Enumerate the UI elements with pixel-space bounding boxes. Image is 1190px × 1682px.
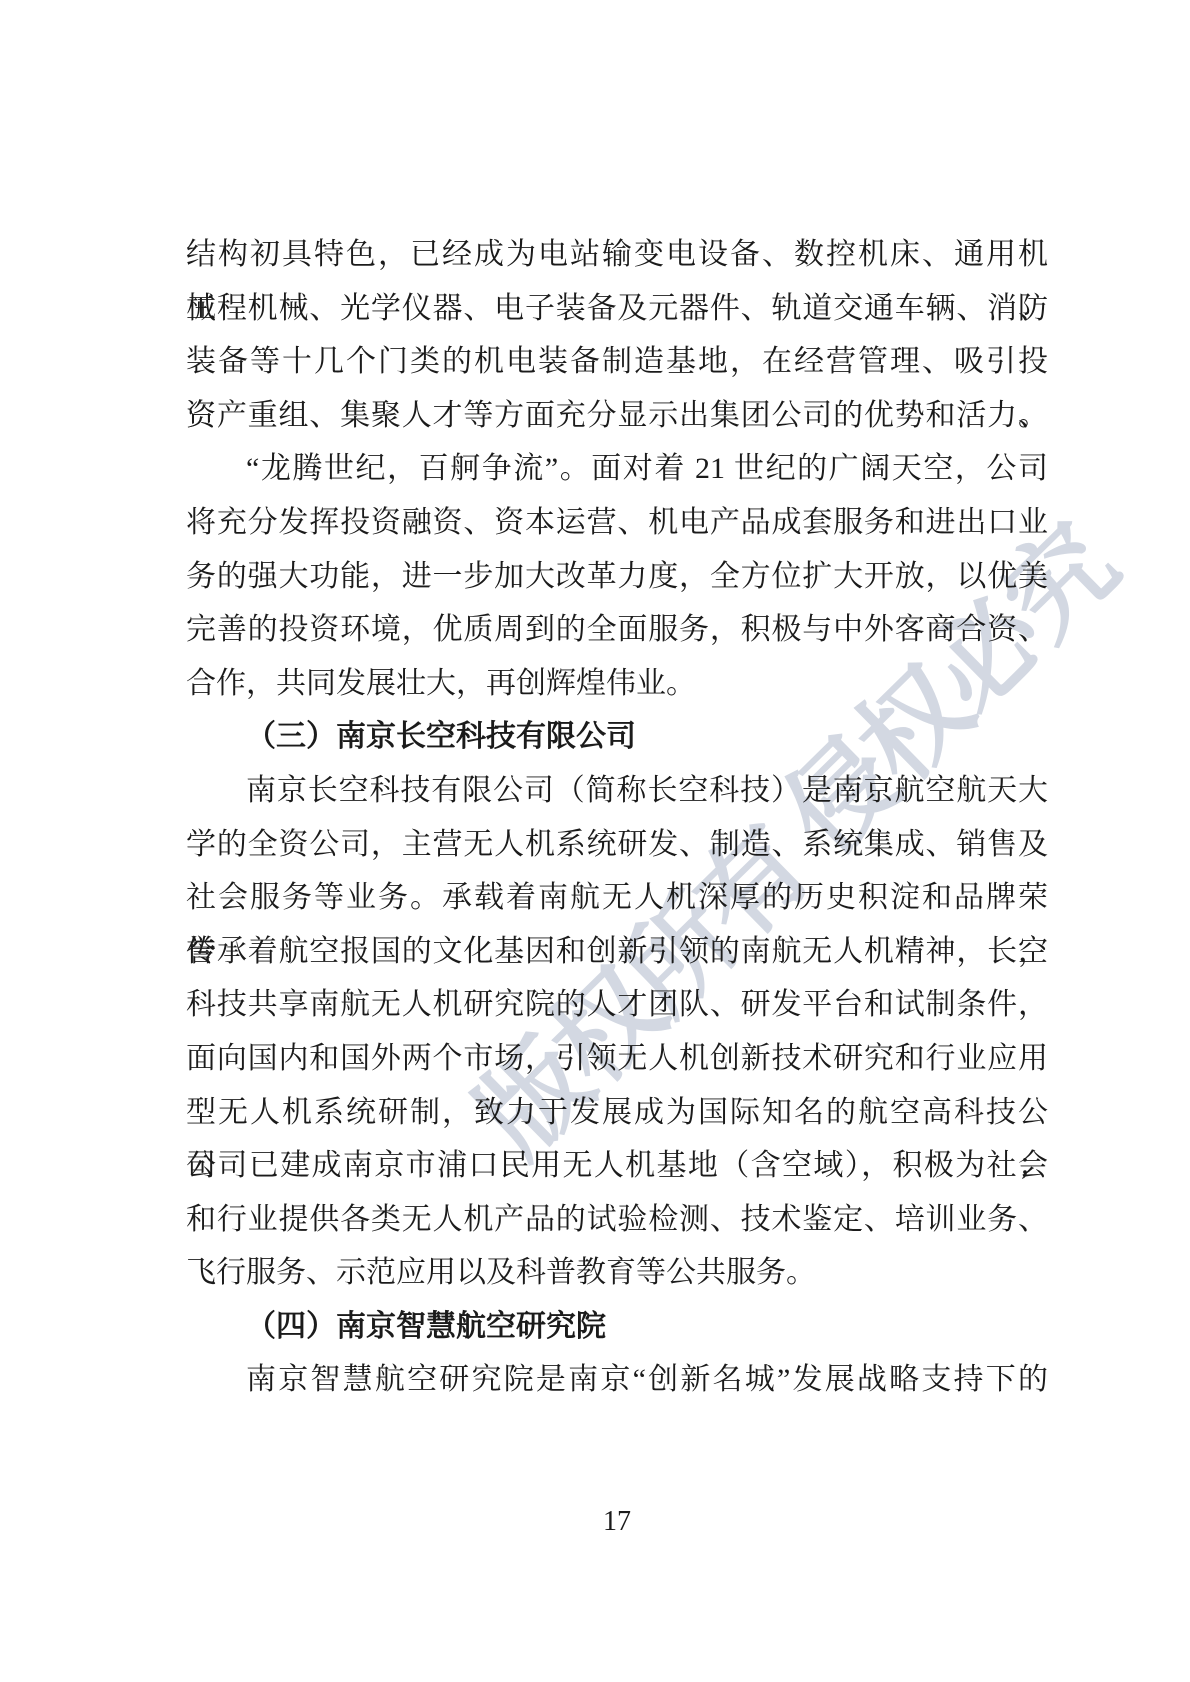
text-line: 合作，共同发展壮大，再创辉煌伟业。 xyxy=(186,657,1048,711)
text-line: 科技共享南航无人机研究院的人才团队、研发平台和试制条件， xyxy=(186,978,1048,1032)
section-heading: （三）南京长空科技有限公司 xyxy=(186,710,1048,764)
text-line: 南京智慧航空研究院是南京“创新名城”发展战略支持下的 xyxy=(186,1353,1048,1407)
text-line: 飞行服务、示范应用以及科普教育等公共服务。 xyxy=(186,1246,1048,1300)
text-line: 公司已建成南京市浦口民用无人机基地（含空域），积极为社会 xyxy=(186,1139,1048,1193)
text-line: 务的强大功能，进一步加大改革力度，全方位扩大开放，以优美 xyxy=(186,550,1048,604)
text-line: 将充分发挥投资融资、资本运营、机电产品成套服务和进出口业 xyxy=(186,496,1048,550)
section-heading: （四）南京智慧航空研究院 xyxy=(186,1300,1048,1354)
text-line: 完善的投资环境，优质周到的全面服务，积极与中外客商合资、 xyxy=(186,603,1048,657)
page-number: 17 xyxy=(186,1506,1048,1538)
text-line: 工程机械、光学仪器、电子装备及元器件、轨道交通车辆、消防 xyxy=(186,282,1048,336)
document-page: 版权所有 侵权必究 结构初具特色，已经成为电站输变电设备、数控机床、通用机械、 … xyxy=(0,0,1190,1682)
text-line: 装备等十几个门类的机电装备制造基地，在经营管理、吸引投资、 xyxy=(186,335,1048,389)
text-line: 型无人机系统研制，致力于发展成为国际知名的航空高科技公司； xyxy=(186,1086,1048,1140)
text-line: 和行业提供各类无人机产品的试验检测、技术鉴定、培训业务、 xyxy=(186,1193,1048,1247)
text-line: 社会服务等业务。承载着南航无人机深厚的历史积淀和品牌荣誉， xyxy=(186,871,1048,925)
text-line: 学的全资公司，主营无人机系统研发、制造、系统集成、销售及 xyxy=(186,818,1048,872)
text-line: 资产重组、集聚人才等方面充分显示出集团公司的优势和活力。 xyxy=(186,389,1048,443)
text-line: 传承着航空报国的文化基因和创新引领的南航无人机精神，长空 xyxy=(186,925,1048,979)
body-text: 结构初具特色，已经成为电站输变电设备、数控机床、通用机械、 工程机械、光学仪器、… xyxy=(186,228,1048,1407)
text-line: 结构初具特色，已经成为电站输变电设备、数控机床、通用机械、 xyxy=(186,228,1048,282)
text-line: 面向国内和国外两个市场，引领无人机创新技术研究和行业应用 xyxy=(186,1032,1048,1086)
text-line: “龙腾世纪，百舸争流”。面对着 21 世纪的广阔天空，公司 xyxy=(186,442,1048,496)
text-line: 南京长空科技有限公司（简称长空科技）是南京航空航天大 xyxy=(186,764,1048,818)
